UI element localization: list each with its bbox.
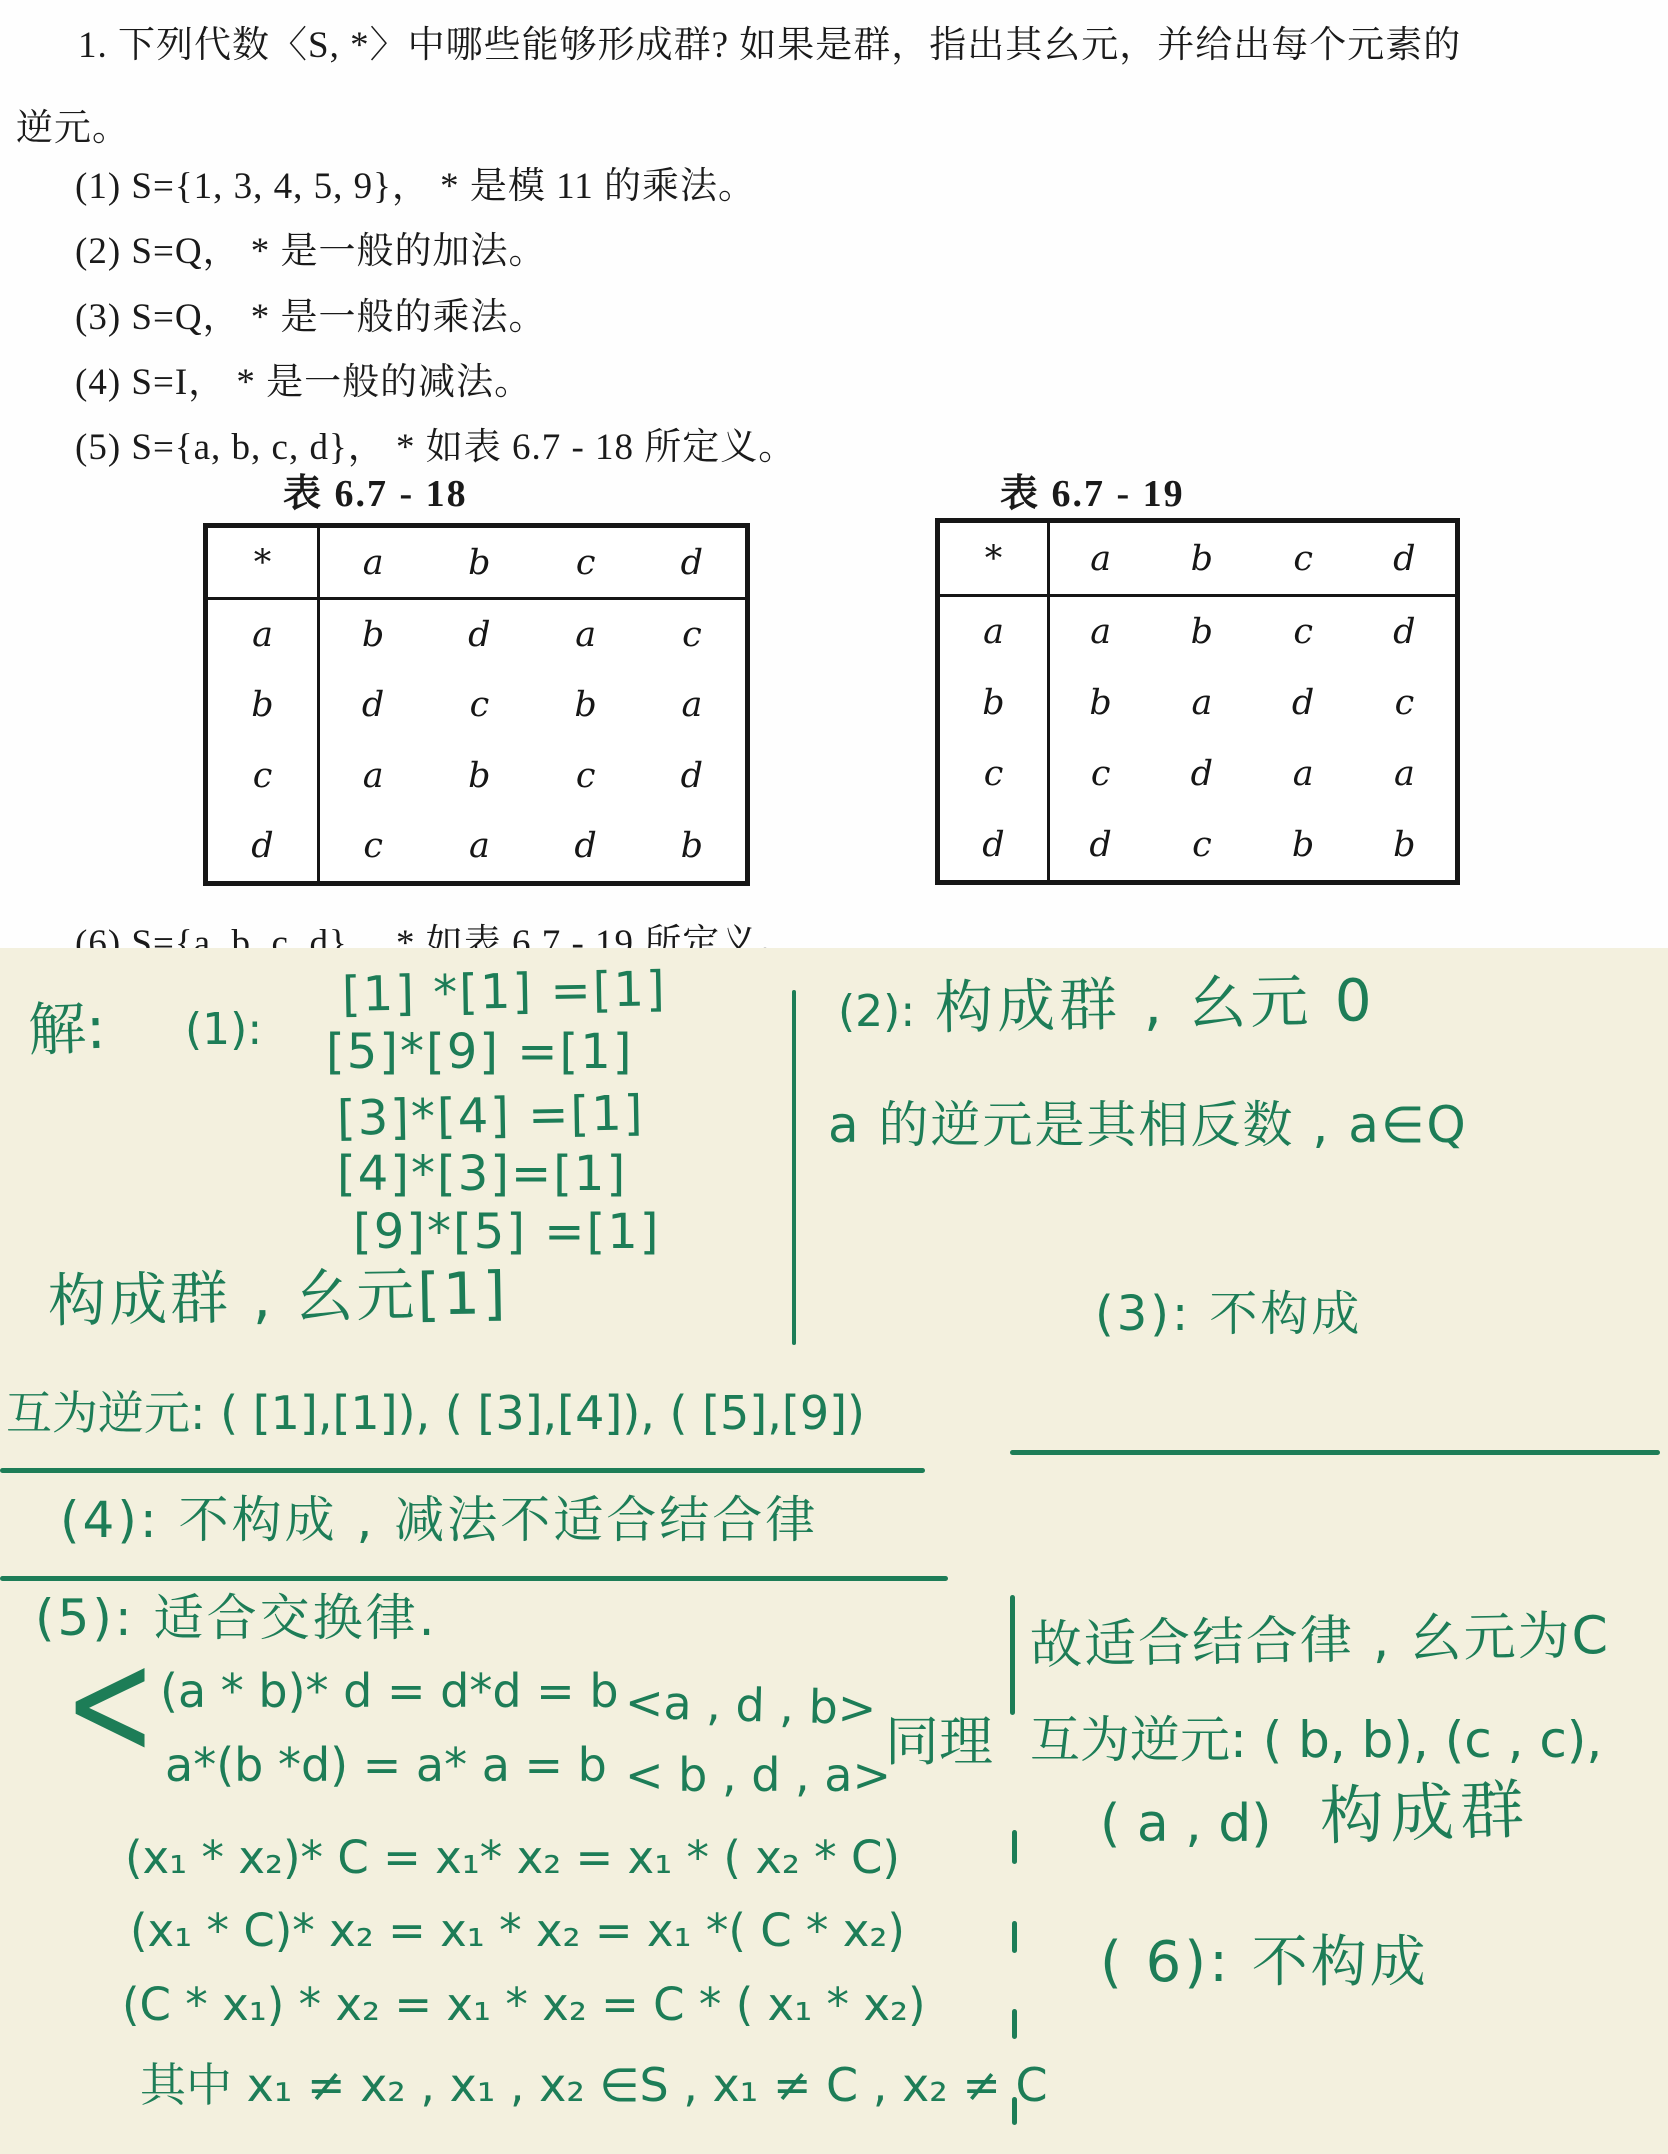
hw-part5-conclusion: 故适合结合律 , 幺元为C	[1030, 1610, 1611, 1672]
hw-underline-part4	[0, 1576, 948, 1581]
table-cell: b	[1151, 597, 1252, 668]
table-row-label: c	[940, 739, 1050, 810]
hw-dashed-margin-segment	[1012, 2097, 1017, 2125]
table-cell: d	[1253, 668, 1354, 739]
hw-part5-eq2: (x₁ * C)* x₂ = x₁ * x₂ = x₁ *( C * x₂)	[130, 1908, 905, 1953]
table-op-cell: *	[208, 528, 320, 600]
table-cell: a	[1354, 739, 1455, 810]
hw-part1-label: (1):	[185, 1008, 262, 1052]
table-row-label: d	[940, 809, 1050, 880]
hw-part1-eq: [3]*[4] =[1]	[337, 1089, 645, 1142]
hw-part3-answer: (3): 不构成	[1095, 1290, 1362, 1338]
problem-item-3: (3) S=Q， * 是一般的乘法。	[75, 286, 547, 340]
textbook-exercise-page: 1. 下列代数〈S, *〉中哪些能够形成群? 如果是群，指出其幺元，并给出每个元…	[0, 0, 1668, 2154]
table-cell: c	[1050, 739, 1151, 810]
hw-part5-inverses-line2: ( a , d)	[1100, 1798, 1272, 1850]
table-cell: c	[1253, 597, 1354, 668]
table-header-cell: d	[1354, 523, 1455, 597]
table-cell: c	[426, 670, 532, 740]
table-row-label: c	[208, 741, 320, 811]
hw-column-divider-line	[792, 990, 796, 1345]
hw-part4-answer: (4): 不构成 , 减法不适合结合律	[60, 1495, 818, 1545]
table-row-label: b	[940, 668, 1050, 739]
problem-item-2: (2) S=Q， * 是一般的加法。	[75, 220, 547, 274]
table-cell: b	[1253, 809, 1354, 880]
table-cell: c	[320, 811, 426, 881]
table-cell: a	[1050, 597, 1151, 668]
hw-part5-group-statement: 构成群	[1319, 1778, 1531, 1849]
table-row-label: b	[208, 670, 320, 740]
problem-intro-line2: 逆元。	[16, 97, 130, 151]
hw-part1-eq: [4]*[3]=[1]	[337, 1150, 627, 1198]
table-cell: d	[639, 741, 745, 811]
table-cell: d	[1151, 739, 1252, 810]
hw-part5-eq3: (C * x₁) * x₂ = x₁ * x₂ = C * ( x₁ * x₂)	[122, 1982, 926, 2027]
hw-part1-eq: [9]*[5] =[1]	[353, 1208, 660, 1256]
hw-dashed-margin-segment	[1012, 1921, 1017, 1953]
hw-part5-case-top: (a * b)* d = d*d = b	[160, 1668, 619, 1714]
table-cell: a	[1253, 739, 1354, 810]
table-header-cell: c	[1253, 523, 1354, 597]
hw-part5-triple-bottom: < b , d , a>	[625, 1752, 891, 1798]
hw-part1-conclusion: 构成群 , 幺元[1]	[48, 1264, 509, 1330]
hw-part2-conclusion: 构成群 , 幺元 0	[935, 971, 1377, 1037]
table-caption-6-7-19: 表 6.7 - 19	[1000, 462, 1185, 517]
table-cell: c	[533, 741, 639, 811]
hw-part5-case-bottom: a*(b *d) = a* a = b	[165, 1742, 607, 1788]
hw-part1-inverses: 互为逆元: ( [1],[1]), ( [3],[4]), ( [5],[9])	[6, 1390, 865, 1436]
table-cell: b	[1354, 809, 1455, 880]
hw-dashed-margin-segment	[1012, 2009, 1017, 2039]
hw-case-brace: <	[64, 1629, 156, 1778]
table-cell: a	[320, 741, 426, 811]
table-cell: c	[639, 600, 745, 670]
table-header-cell: a	[320, 528, 426, 600]
table-cell: d	[320, 670, 426, 740]
table-cell: c	[1354, 668, 1455, 739]
table-op-cell: *	[940, 523, 1050, 597]
operation-table-6-7-18: * a b c d a b d a c b d c b a c a b c d …	[203, 523, 750, 886]
hw-right-margin-stroke	[1010, 1595, 1015, 1715]
problem-item-1: (1) S={1, 3, 4, 5, 9}， * 是模 11 的乘法。	[75, 155, 756, 209]
hw-part5-inverses-line1: 互为逆元: ( b, b), (c , c),	[1030, 1715, 1602, 1765]
hw-underline-part3	[1010, 1450, 1660, 1455]
hw-underline-part1	[0, 1468, 925, 1473]
table-cell: b	[1050, 668, 1151, 739]
hw-part5-condition: 其中 x₁ ≠ x₂ , x₁ , x₂ ∈S , x₁ ≠ C , x₂ ≠ …	[140, 2062, 1048, 2108]
hw-part2-label: (2):	[838, 990, 915, 1034]
hw-part6-answer: ( 6): 不构成	[1100, 1935, 1429, 1991]
hw-dashed-margin-segment	[1012, 1830, 1017, 1864]
table-row-label: a	[208, 600, 320, 670]
table-caption-6-7-18: 表 6.7 - 18	[283, 462, 468, 517]
table-header-cell: c	[533, 528, 639, 600]
table-header-cell: b	[1151, 523, 1252, 597]
hw-tongli-note: 同理	[885, 1715, 993, 1769]
table-cell: b	[639, 811, 745, 881]
table-row-label: d	[208, 811, 320, 881]
hw-part2-detail: a 的逆元是其相反数 , a∈Q	[828, 1100, 1468, 1150]
table-cell: d	[1050, 809, 1151, 880]
hw-part1-eq: [1] *[1] =[1]	[342, 965, 668, 1019]
table-cell: d	[426, 600, 532, 670]
table-cell: b	[320, 600, 426, 670]
table-cell: b	[426, 741, 532, 811]
hw-part1-eq: [5]*[9] =[1]	[326, 1028, 633, 1076]
table-cell: c	[1151, 809, 1252, 880]
table-cell: a	[426, 811, 532, 881]
hw-part5-eq1: (x₁ * x₂)* C = x₁* x₂ = x₁ * ( x₂ * C)	[125, 1835, 900, 1880]
problem-item-4: (4) S=I， * 是一般的减法。	[75, 351, 532, 405]
table-cell: a	[639, 670, 745, 740]
table-header-cell: a	[1050, 523, 1151, 597]
table-header-cell: b	[426, 528, 532, 600]
table-cell: a	[533, 600, 639, 670]
table-cell: d	[533, 811, 639, 881]
hw-part5-triple-top: <a , d , b>	[624, 1679, 877, 1732]
table-header-cell: d	[639, 528, 745, 600]
hw-jie-label: 解:	[27, 999, 107, 1060]
table-cell: b	[533, 670, 639, 740]
table-cell: d	[1354, 597, 1455, 668]
problem-intro-line1: 1. 下列代数〈S, *〉中哪些能够形成群? 如果是群，指出其幺元，并给出每个元…	[78, 14, 1461, 68]
table-cell: a	[1151, 668, 1252, 739]
table-row-label: a	[940, 597, 1050, 668]
operation-table-6-7-19: * a b c d a a b c d b b a d c c c d a a …	[935, 518, 1460, 885]
